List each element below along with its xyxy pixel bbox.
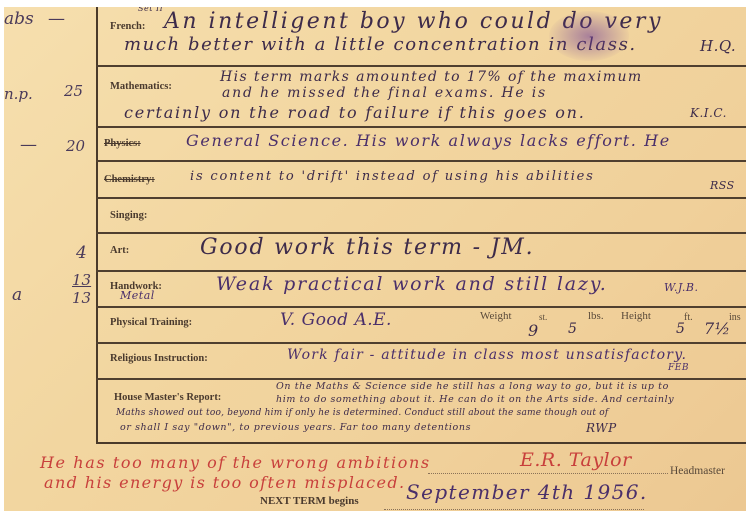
mathematics-comment-line-3: certainly on the road to failure if this… xyxy=(124,103,586,122)
row-divider xyxy=(96,306,746,308)
next-term-date: September 4th 1956. xyxy=(406,480,648,504)
row-divider xyxy=(96,270,746,272)
subject-label-french: French: xyxy=(110,21,145,32)
inches-unit-label: ins xyxy=(729,312,741,323)
weight-pounds-value: 5 xyxy=(568,321,577,337)
french-initials: H.Q. xyxy=(700,37,736,55)
religious-instruction-comment: Work fair - attitude in class most unsat… xyxy=(287,347,687,363)
next-term-label: NEXT TERM begins xyxy=(260,495,359,507)
subject-label-physical-training: Physical Training: xyxy=(110,317,192,328)
weight-stones-value: 9 xyxy=(528,321,539,340)
subject-label-religious-instruction: Religious Instruction: xyxy=(110,353,208,364)
row-divider xyxy=(96,160,746,162)
mathematics-initials: K.I.C. xyxy=(690,106,727,120)
subject-label-chemistry: Chemistry: xyxy=(104,174,155,185)
margin-mark-physics: 20 xyxy=(66,137,85,155)
mathematics-comment-line-1: His term marks amounted to 17% of the ma… xyxy=(220,69,643,85)
headmaster-role-label: Headmaster xyxy=(670,465,725,477)
subject-label-singing: Singing: xyxy=(110,210,147,221)
weight-label: Weight xyxy=(480,310,512,322)
margin-mark-french: — xyxy=(48,9,65,29)
margin-note-handwork: a xyxy=(12,285,22,305)
religious-instruction-initials: FEB xyxy=(668,363,689,373)
height-label: Height xyxy=(621,310,651,322)
margin-note-physics: — xyxy=(20,135,37,155)
house-master-initials: RWP xyxy=(586,421,617,435)
stones-unit-label: st. xyxy=(539,312,547,322)
headmaster-comment-line-2: and his energy is too often misplaced. xyxy=(44,473,406,492)
house-master-comment-line-2: him to do something about it. He can do … xyxy=(276,394,674,405)
subject-label-house-master-report: House Master's Report: xyxy=(114,392,221,403)
subject-label-mathematics: Mathematics: xyxy=(110,81,172,92)
physics-comment-line-1: General Science. His work always lacks e… xyxy=(186,131,671,150)
margin-note-mathematics: n.p. xyxy=(4,85,33,103)
margin-mark-mathematics: 25 xyxy=(64,82,83,100)
headmaster-signature-line xyxy=(428,473,668,474)
ink-smudge xyxy=(549,11,629,61)
french-set-annotation: Set II xyxy=(138,7,163,13)
row-divider xyxy=(96,197,746,199)
margin-mark-handwork-top: 13 xyxy=(72,271,91,289)
pounds-unit-label: lbs. xyxy=(588,310,604,322)
chemistry-comment-line-1: is content to 'drift' instead of using h… xyxy=(190,169,595,184)
row-divider xyxy=(96,232,746,234)
headmaster-signature: E.R. Taylor xyxy=(520,449,632,471)
handwork-comment-line-1: Weak practical work and still lazy. xyxy=(216,273,608,295)
subject-label-art: Art: xyxy=(110,245,129,256)
row-divider xyxy=(96,378,746,380)
row-divider xyxy=(96,342,746,344)
handwork-initials: W.J.B. xyxy=(664,281,699,294)
art-comment-line-1: Good work this term - JM. xyxy=(200,235,534,260)
physical-training-comment: V. Good A.E. xyxy=(280,310,392,330)
height-inches-value: 7½ xyxy=(704,319,731,338)
margin-mark-handwork-bottom: 13 xyxy=(72,289,91,307)
house-master-comment-line-1: On the Maths & Science side he still has… xyxy=(276,381,669,392)
subject-label-physics: Physics: xyxy=(104,138,141,149)
report-card-paper: abs — n.p. 25 — 20 4 a 13 13 French: Set… xyxy=(4,7,746,511)
margin-note-french: abs xyxy=(4,9,34,29)
next-term-date-line xyxy=(384,509,644,510)
chemistry-initials: RSS xyxy=(710,179,735,192)
row-divider xyxy=(96,65,746,67)
headmaster-comment-line-1: He has too many of the wrong ambitions xyxy=(40,453,431,472)
mathematics-comment-line-2: and he missed the final exams. He is xyxy=(222,85,547,101)
row-divider xyxy=(96,126,746,128)
house-master-comment-line-4: or shall I say "down", to previous years… xyxy=(120,422,471,433)
margin-mark-art: 4 xyxy=(76,243,87,263)
house-master-comment-line-3: Maths showed out too, beyond him if only… xyxy=(116,408,608,418)
height-feet-value: 5 xyxy=(676,321,685,337)
handwork-metal-annotation: Metal xyxy=(120,289,155,302)
